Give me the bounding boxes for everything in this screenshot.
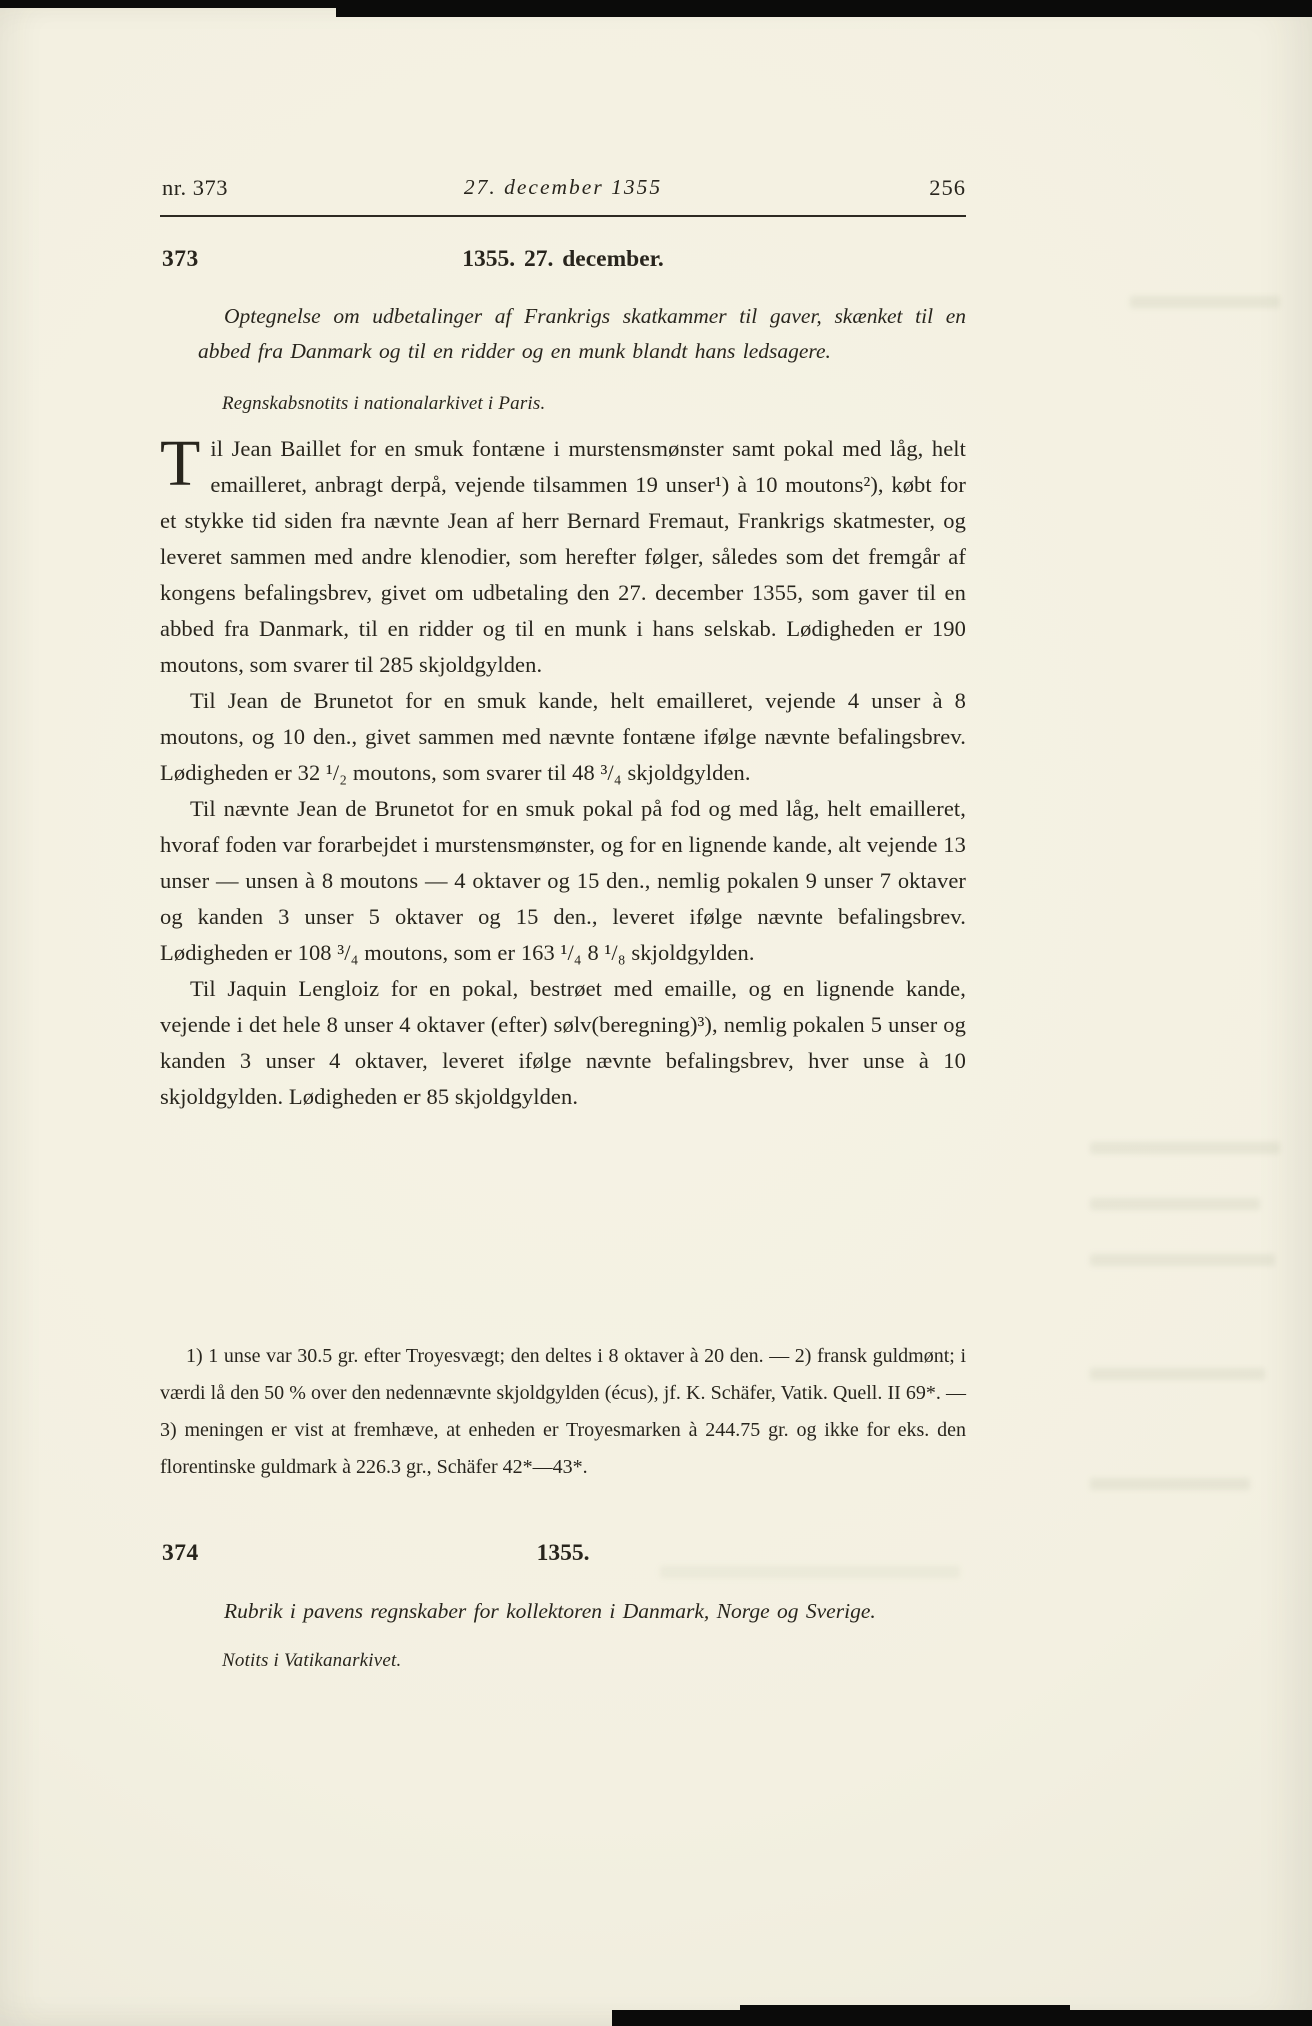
scan-edge-bar-top-right [336,0,1312,17]
entry-373-source-note: Regnskabsnotits i nationalarkivet i Pari… [222,393,545,415]
paragraph-3: Til nævnte Jean de Brunetot for en smuk … [160,791,966,971]
paragraph-4: Til Jaquin Lengloiz for en pokal, bestrø… [160,971,966,1115]
page-number: 256 [929,175,966,201]
entry-373-abstract: Optegnelse om udbetalinger af Frankrigs … [198,299,966,369]
entry-373-heading: 373 1355. 27. december. [160,246,966,278]
entry-373-body: Til Jean Baillet for en smuk fontæne i m… [160,431,966,1115]
entry-374-date: 1355. [160,1540,966,1567]
paragraph-1-text: il Jean Baillet for en smuk fontæne i mu… [160,436,966,677]
bleed-through-artifact [1090,1368,1265,1380]
scan-edge-bar-bottom-bump [740,2005,1070,2026]
bleed-through-artifact [1130,296,1280,308]
entry-374-source-note: Notits i Vatikanarkivet. [222,1650,401,1672]
bleed-through-artifact [1090,1254,1275,1266]
entry-373-date: 1355. 27. december. [160,246,966,273]
entry-374-abstract: Rubrik i pavens regnskaber for kollektor… [198,1594,966,1629]
header-rule [160,215,966,217]
bleed-through-artifact [660,1566,960,1578]
running-head-date: 27. december 1355 [160,175,966,200]
entry-373-footnotes: 1) 1 unse var 30.5 gr. efter Troyesvægt;… [160,1338,966,1486]
paragraph-1: Til Jean Baillet for en smuk fontæne i m… [160,431,966,683]
bleed-through-artifact [1090,1198,1260,1210]
bleed-through-artifact [1090,1142,1280,1154]
dropcap-letter: T [160,431,210,492]
running-head: nr. 373 27. december 1355 256 [160,175,966,207]
paragraph-2: Til Jean de Brunetot for en smuk kande, … [160,683,966,791]
bleed-through-artifact [1090,1478,1250,1490]
book-page-scan: nr. 373 27. december 1355 256 373 1355. … [0,0,1312,2026]
